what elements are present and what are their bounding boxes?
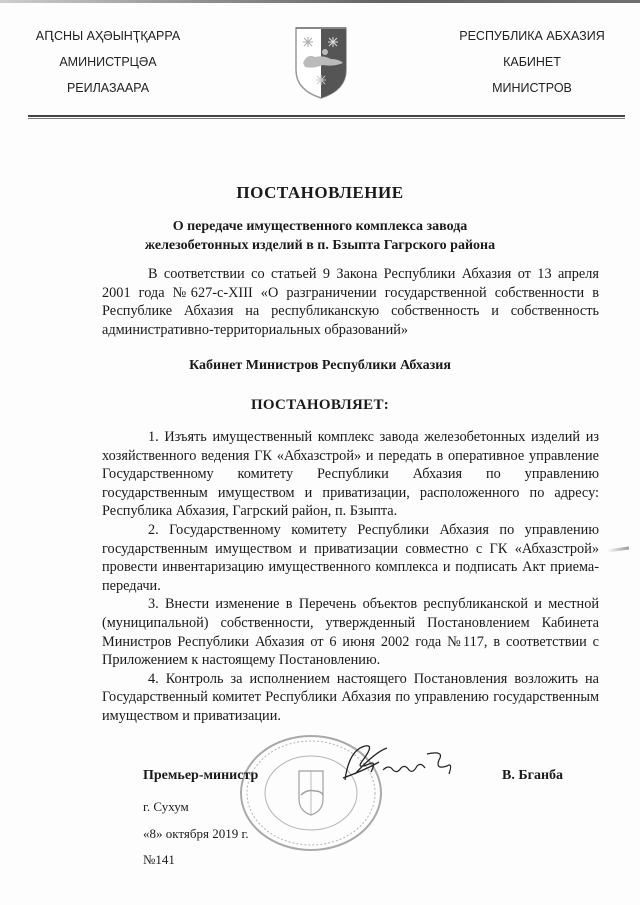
header-divider-thin: [28, 118, 625, 119]
header-divider: [28, 115, 625, 117]
header-russian-name: РЕСПУБЛИКА АБХАЗИЯ КАБИНЕТ МИНИСТРОВ: [432, 28, 632, 106]
header-left-line-3: РЕИЛАЗААРА: [8, 80, 208, 106]
issue-place: г. Сухум: [143, 799, 189, 815]
issue-date: «8» октября 2019 г.: [143, 826, 249, 842]
signatory-name: В. Бганба: [502, 768, 563, 784]
subject-line-1: О передаче имущественного комплекса заво…: [0, 217, 640, 236]
scan-top-edge: [0, 0, 640, 3]
header-left-line-1: АԤСНЫ АҲӘЫНҬҚАРРА: [8, 28, 208, 54]
resolves-heading: ПОСТАНОВЛЯЕТ:: [0, 397, 640, 414]
document-type-title: ПОСТАНОВЛЕНИЕ: [0, 183, 640, 203]
issuer: Кабинет Министров Республики Абхазия: [0, 358, 640, 374]
coat-of-arms-icon: [293, 25, 349, 100]
header-abkhaz-name: АԤСНЫ АҲӘЫНҬҚАРРА АМИНИСТРЦӘА РЕИЛАЗААРА: [8, 28, 208, 106]
signatory-title: Премьер-министр: [143, 768, 258, 784]
header-right-line-1: РЕСПУБЛИКА АБХАЗИЯ: [432, 28, 632, 54]
resolution-item-4: 4. Контроль за исполнением настоящего По…: [102, 670, 599, 726]
preamble: В соответствии со статьей 9 Закона Респу…: [102, 265, 599, 339]
header-left-line-2: АМИНИСТРЦӘА: [8, 54, 208, 80]
signature-icon: [335, 740, 465, 785]
preamble-text: В соответствии со статьей 9 Закона Респу…: [102, 265, 599, 339]
document-number: №141: [143, 852, 175, 868]
subject-line-2: железобетонных изделий в п. Бзыпта Гагрс…: [0, 236, 640, 255]
resolution-item-3: 3. Внести изменение в Перечень объектов …: [102, 595, 599, 669]
resolution-item-1: 1. Изъять имущественный комплекс завода …: [102, 428, 599, 521]
scan-artifact: [607, 546, 629, 552]
header-right-line-3: МИНИСТРОВ: [432, 80, 632, 106]
document-subject: О передаче имущественного комплекса заво…: [0, 217, 640, 255]
header-right-line-2: КАБИНЕТ: [432, 54, 632, 80]
resolution-item-2: 2. Государственному комитету Республики …: [102, 521, 599, 595]
resolution-items: 1. Изъять имущественный комплекс завода …: [102, 428, 599, 726]
